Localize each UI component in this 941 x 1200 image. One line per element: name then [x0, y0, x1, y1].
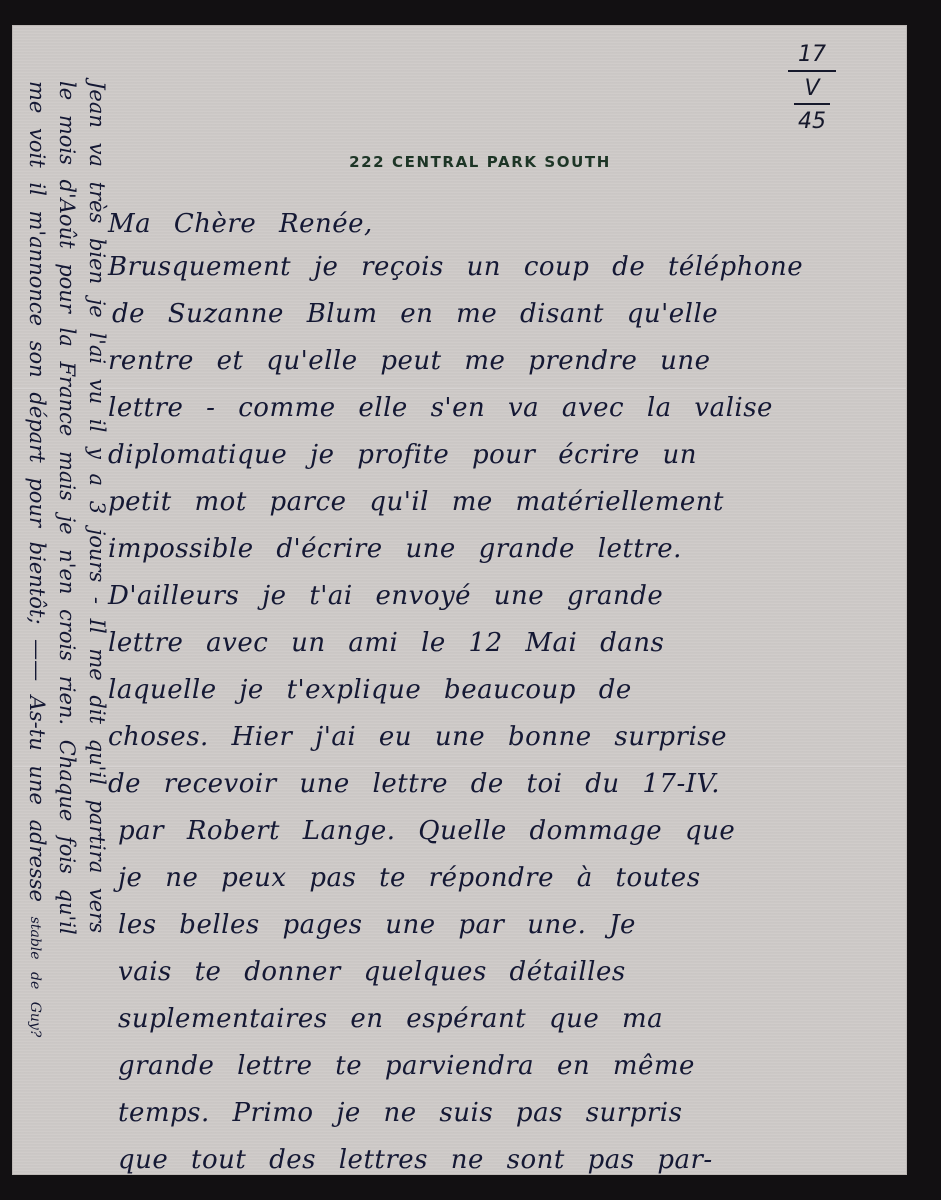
date-year: 45 — [788, 111, 836, 133]
date-divider — [794, 103, 830, 105]
date-month: V — [788, 78, 836, 100]
body-line: vais te donner quelques détailles — [108, 949, 898, 996]
body-line: suplementaires en espérant que ma — [108, 996, 898, 1043]
body-line: lettre - comme elle s'en va avec la vali… — [108, 385, 898, 432]
body-line: choses. Hier j'ai eu une bonne surprise — [108, 714, 898, 761]
body-line: grande lettre te parviendra en même — [108, 1043, 898, 1090]
margin-note-tail: stable de Guy? — [29, 917, 43, 1038]
letter-sheet: 17 V 45 222 CENTRAL PARK SOUTH Ma Chère … — [13, 26, 906, 1174]
margin-note-line: le mois d'Août pour la France mais je n'… — [52, 81, 82, 1181]
body-line: par Robert Lange. Quelle dommage que — [108, 808, 898, 855]
letter-body: Ma Chère Renée, Brusquement je reçois un… — [108, 204, 898, 1184]
body-line: Brusquement je reçois un coup de télépho… — [108, 244, 898, 291]
body-line: diplomatique je profite pour écrire un — [108, 432, 898, 479]
date-day: 17 — [788, 44, 836, 66]
body-line: D'ailleurs je t'ai envoyé une grande — [108, 573, 898, 620]
body-line: temps. Primo je ne suis pas surpris — [108, 1090, 898, 1137]
date-divider — [788, 70, 836, 72]
margin-note-vertical: Jean va très bien je l'ai vu il y a 3 jo… — [12, 81, 112, 1181]
salutation: Ma Chère Renée, — [108, 204, 898, 244]
margin-note-line-text: me voit il m'annonce son départ pour bie… — [25, 81, 49, 902]
letterhead-address: 222 CENTRAL PARK SOUTH — [310, 153, 650, 171]
body-line: de Suzanne Blum en me disant qu'elle — [108, 291, 898, 338]
body-line: impossible d'écrire une grande lettre. — [108, 526, 898, 573]
letter-date: 17 V 45 — [788, 44, 836, 133]
margin-note-line: Jean va très bien je l'ai vu il y a 3 jo… — [82, 81, 112, 1181]
body-line: que tout des lettres ne sont pas par- — [108, 1137, 898, 1184]
body-line: je ne peux pas te répondre à toutes — [108, 855, 898, 902]
body-line: rentre et qu'elle peut me prendre une — [108, 338, 898, 385]
body-line: lettre avec un ami le 12 Mai dans — [108, 620, 898, 667]
body-line: petit mot parce qu'il me matériellement — [108, 479, 898, 526]
margin-note-line: me voit il m'annonce son départ pour bie… — [22, 81, 52, 1181]
body-line: de recevoir une lettre de toi du 17-IV. — [108, 761, 898, 808]
body-line: laquelle je t'explique beaucoup de — [108, 667, 898, 714]
body-line: les belles pages une par une. Je — [108, 902, 898, 949]
